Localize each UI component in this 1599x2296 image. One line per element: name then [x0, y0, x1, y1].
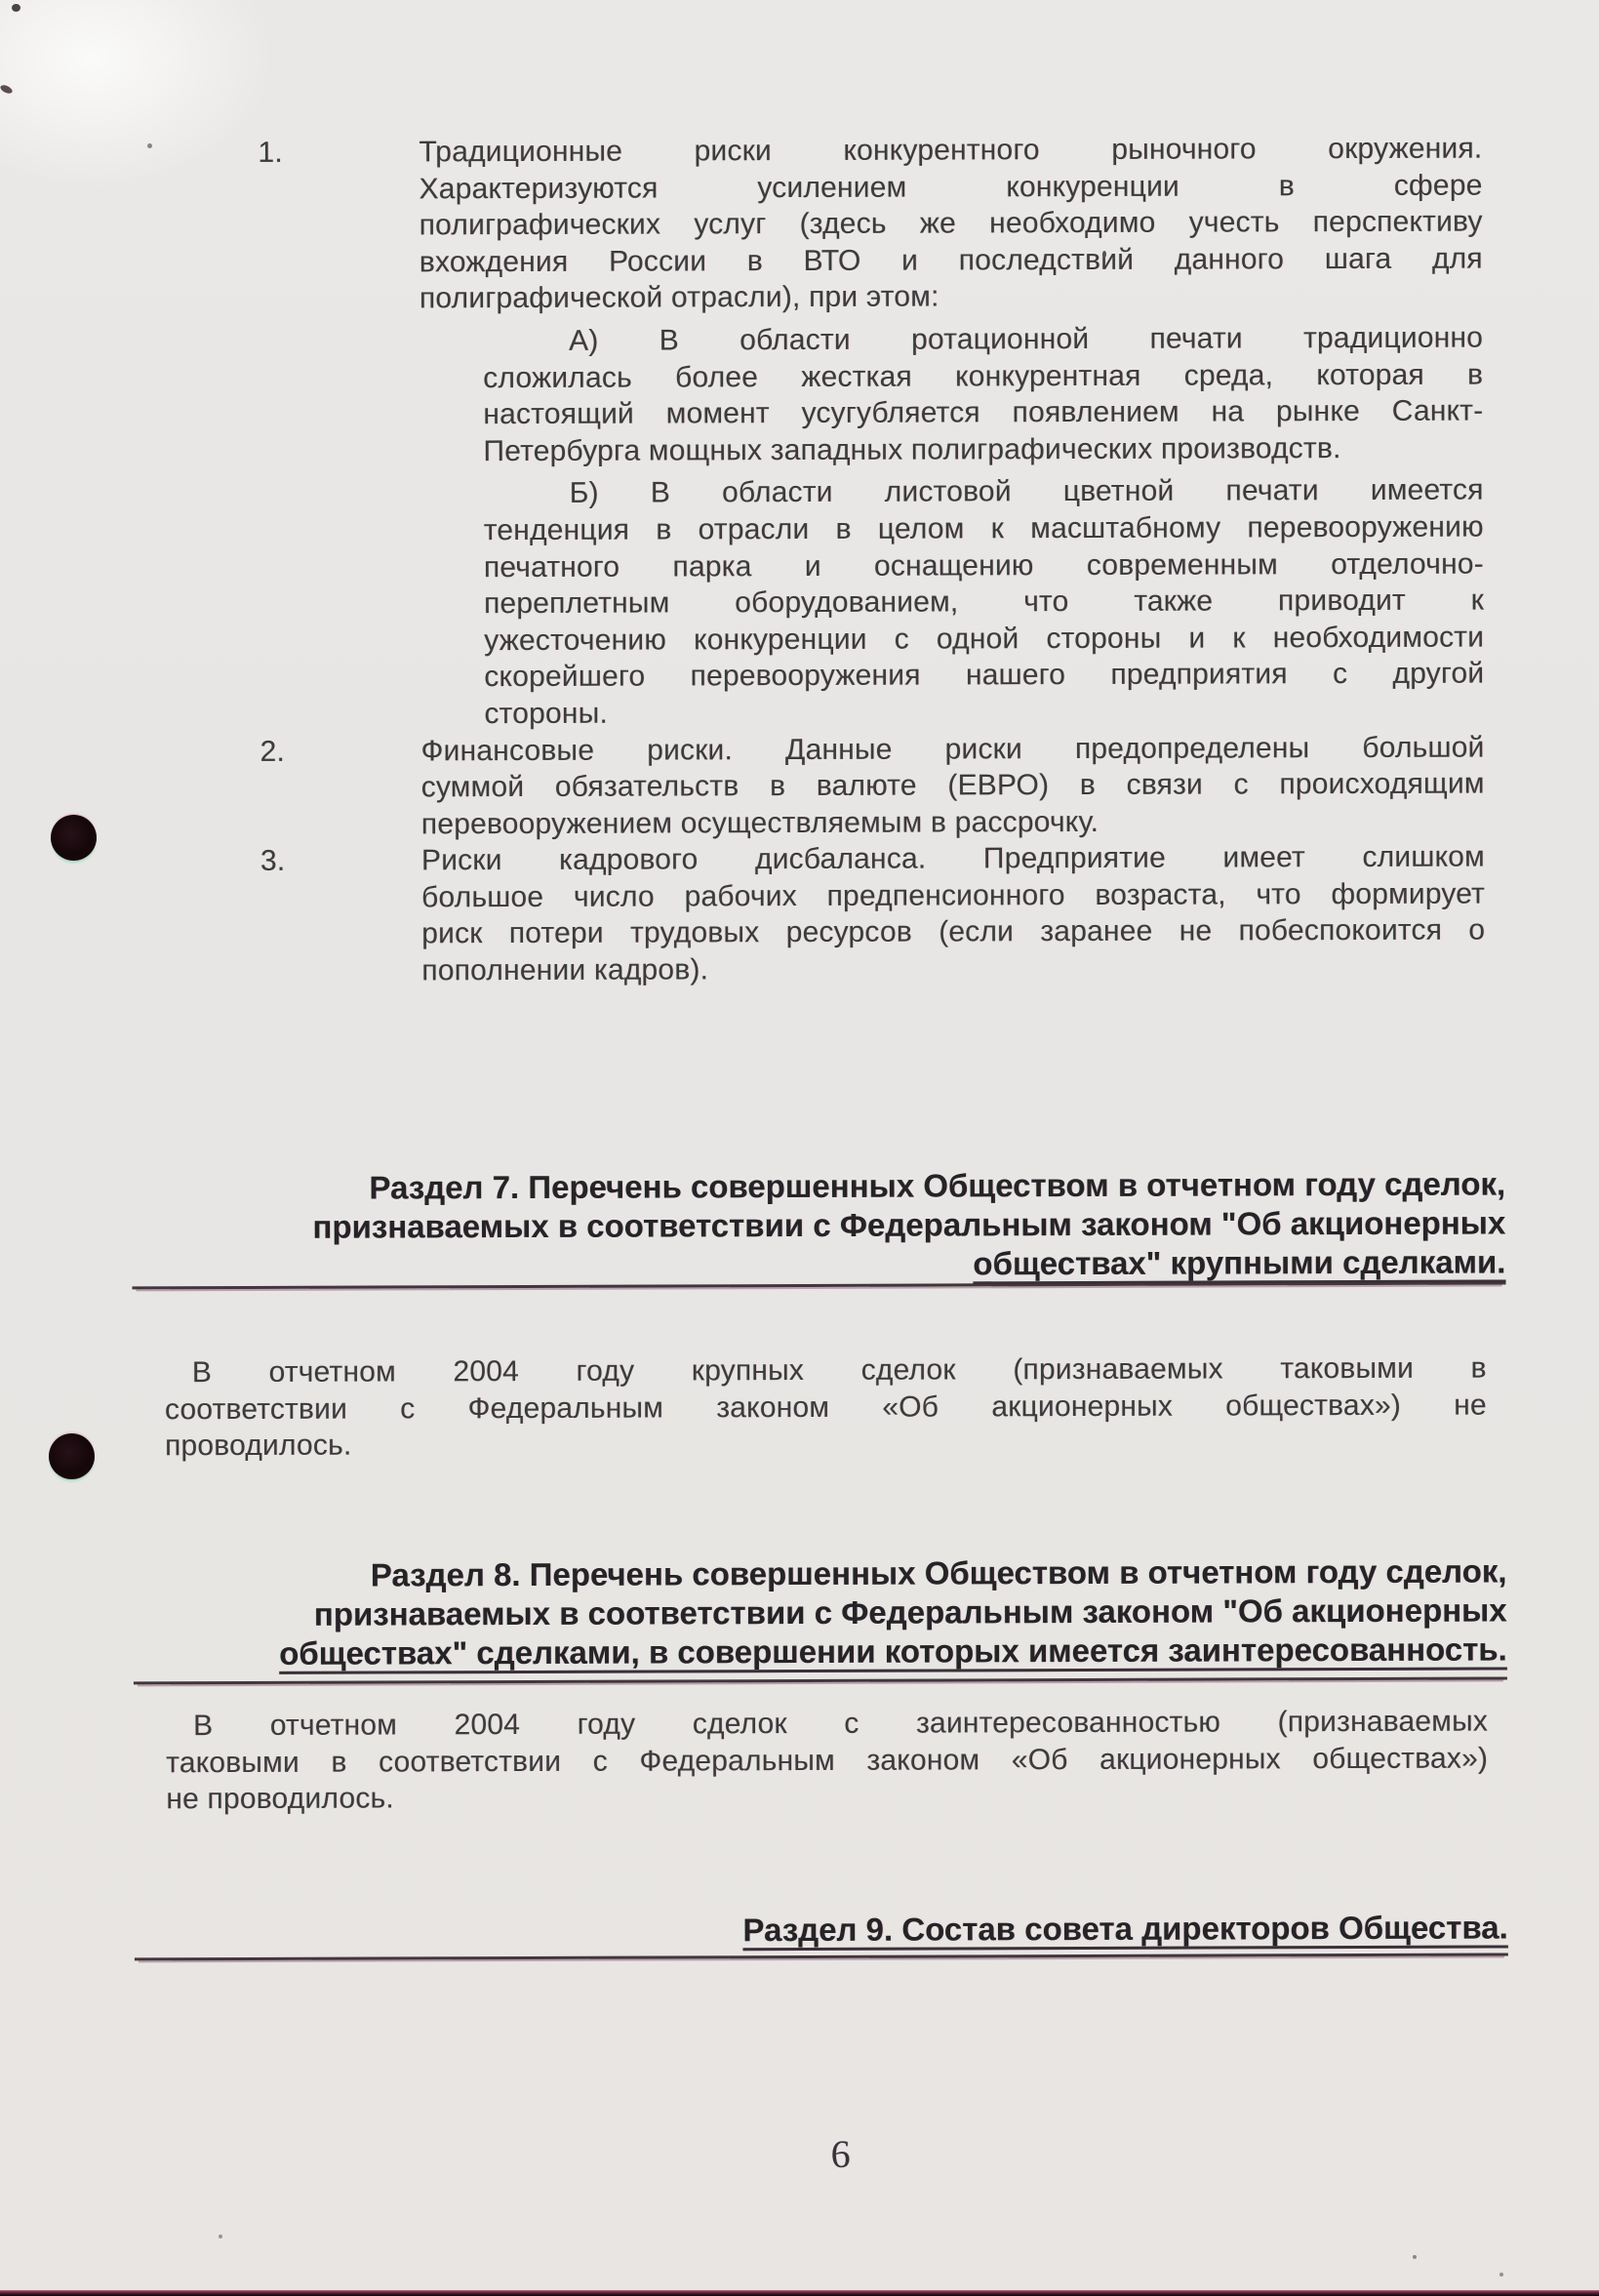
scan-speck	[1102, 251, 1106, 258]
hole-punch-mark	[51, 815, 97, 861]
section-8-paragraph: В отчетном 2004 году сделок с заинтересо…	[166, 1704, 1488, 1819]
hole-punch-mark	[49, 1433, 95, 1479]
scanned-document-page: 1. Традиционные риски конкурентного рыно…	[0, 0, 1599, 2296]
list-item-body: Традиционные риски конкурентного рыночно…	[419, 131, 1484, 733]
section-9-heading: Раздел 9. Состав совета директоров Общес…	[135, 1908, 1508, 1960]
list-item: 1. Традиционные риски конкурентного рыно…	[258, 131, 1484, 734]
scan-speck	[147, 143, 152, 148]
scan-speck	[12, 4, 20, 12]
paragraph: Финансовые риски. Данные риски предопред…	[421, 729, 1485, 843]
section-8-heading: Раздел 8. Перечень совершенных Обществом…	[133, 1551, 1506, 1684]
scan-speck	[219, 2235, 222, 2238]
list-item-body: Риски кадрового дисбаланса. Предприятие …	[421, 839, 1486, 989]
list-item-number: 3.	[260, 843, 421, 880]
sub-paragraph-b: Б) В области листовой цветной печати име…	[484, 472, 1485, 733]
sub-paragraph-a: А) В области ротационной печати традицио…	[483, 320, 1484, 470]
risk-list: 1. Традиционные риски конкурентного рыно…	[258, 131, 1485, 990]
scan-speck	[1413, 2255, 1417, 2259]
list-item-body: Финансовые риски. Данные риски предопред…	[421, 729, 1485, 843]
paragraph: Традиционные риски конкурентного рыночно…	[419, 131, 1483, 318]
document-content: 1. Традиционные риски конкурентного рыно…	[0, 0, 1599, 2296]
list-item-number: 2.	[260, 733, 421, 770]
page-number: 6	[831, 2131, 851, 2177]
list-item: 2. Финансовые риски. Данные риски предоп…	[260, 729, 1485, 843]
section-7-heading: Раздел 7. Перечень совершенных Обществом…	[132, 1164, 1505, 1289]
list-item-number: 1.	[258, 134, 419, 171]
paragraph: Риски кадрового дисбаланса. Предприятие …	[421, 839, 1486, 989]
section-7-paragraph: В отчетном 2004 году крупных сделок (при…	[165, 1350, 1487, 1466]
scan-speck	[1499, 2273, 1503, 2276]
scan-edge-shadow	[0, 2290, 1599, 2296]
list-item: 3. Риски кадрового дисбаланса. Предприят…	[260, 839, 1486, 990]
